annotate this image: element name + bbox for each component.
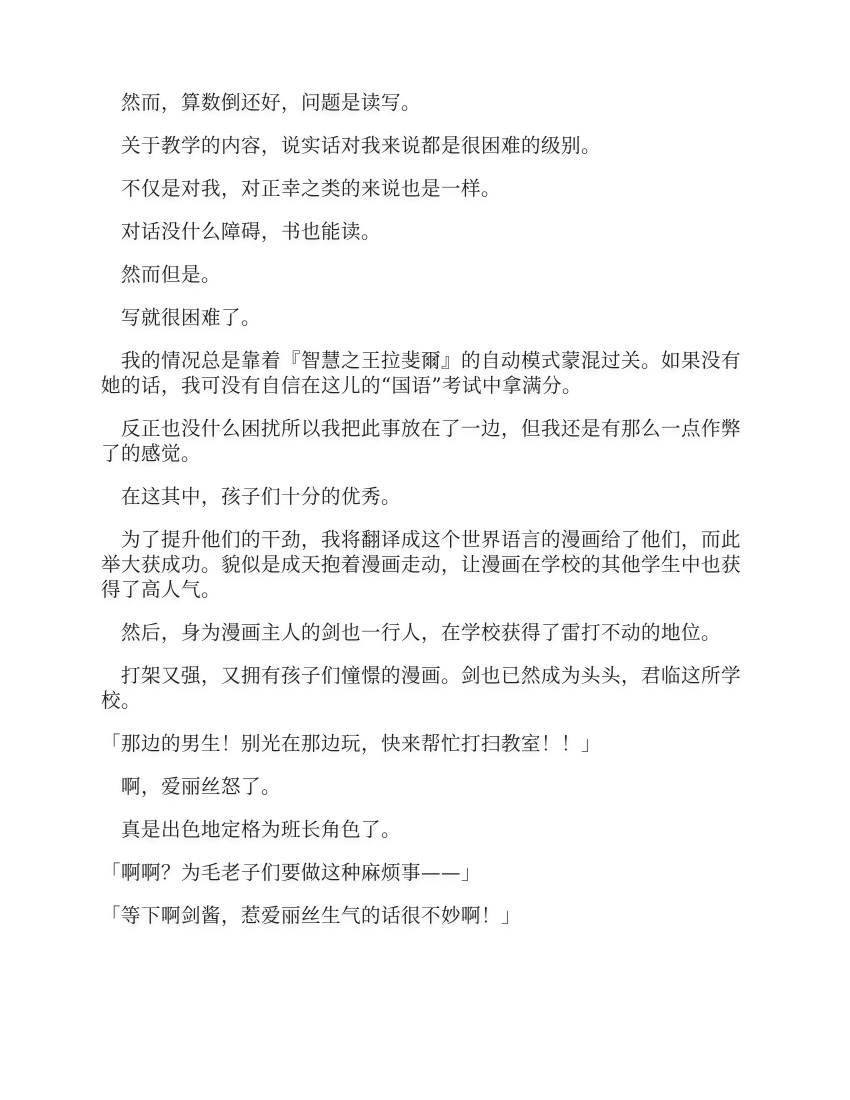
paragraph: 啊，爱丽丝怒了。 (101, 774, 746, 799)
paragraph: 关于教学的内容，说实话对我来说都是很困难的级别。 (101, 133, 746, 158)
paragraph: 真是出色地定格为班长角色了。 (101, 817, 746, 842)
paragraph: 不仅是对我，对正幸之类的来说也是一样。 (101, 176, 746, 201)
paragraph: 为了提升他们的干劲，我将翻译成这个世界语言的漫画给了他们，而此举大获成功。貌似是… (101, 527, 746, 602)
dialogue-line: 「啊啊？为毛老子们要做这种麻烦事——」 (101, 860, 746, 885)
paragraph: 写就很困难了。 (101, 305, 746, 330)
paragraph: 反正也没什么困扰所以我把此事放在了一边，但我还是有那么一点作弊了的感觉。 (101, 416, 746, 466)
paragraph: 然而，算数倒还好，问题是读写。 (101, 90, 746, 115)
paragraph: 在这其中，孩子们十分的优秀。 (101, 484, 746, 509)
paragraph: 我的情况总是靠着『智慧之王拉斐爾』的自动模式蒙混过关。如果没有她的话，我可没有自… (101, 348, 746, 398)
paragraph: 然而但是。 (101, 262, 746, 287)
dialogue-line: 「那边的男生！别光在那边玩，快来帮忙打扫教室！！」 (101, 731, 746, 756)
document-page: 然而，算数倒还好，问题是读写。 关于教学的内容，说实话对我来说都是很困难的级别。… (101, 90, 746, 946)
paragraph: 对话没什么障碍，书也能读。 (101, 219, 746, 244)
dialogue-line: 「等下啊剑酱，惹爱丽丝生气的话很不妙啊！」 (101, 903, 746, 928)
paragraph: 然后，身为漫画主人的剑也一行人，在学校获得了雷打不动的地位。 (101, 620, 746, 645)
paragraph: 打架又强，又拥有孩子们憧憬的漫画。剑也已然成为头头，君临这所学校。 (101, 663, 746, 713)
